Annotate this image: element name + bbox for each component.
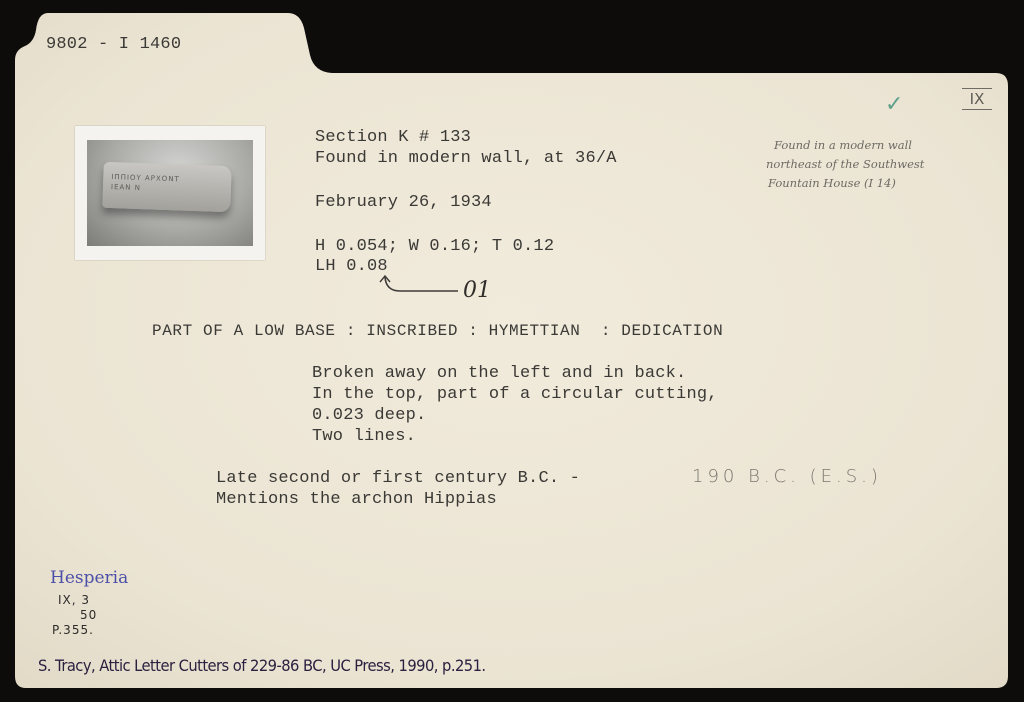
hesperia-stamp: Hesperia [50, 568, 128, 588]
hesperia-page: P.355. [52, 623, 94, 637]
photo-image-area: ΙΠΠΙΟΥ ΑΡΧΟΝΤ ΙΕΑΝ Ν [87, 140, 253, 246]
catalog-number: 9802 - I 1460 [46, 34, 181, 55]
findspot-label: Found in modern wall, at 36/A [315, 148, 617, 169]
note-line-3: Fountain House (I 14) [768, 176, 896, 190]
lh-correction: 01 [463, 278, 491, 303]
description-line-1: Broken away on the left and in back. [312, 363, 686, 384]
note-line-2: northeast of the Southwest [766, 157, 924, 171]
inscription-line-2: ΙΕΑΝ Ν [111, 183, 141, 192]
dating-line-2: Mentions the archon Hippias [216, 489, 497, 510]
note-line-1: Found in a modern wall [774, 138, 912, 152]
hesperia-number: 50 [80, 608, 97, 622]
description-line-4: Two lines. [312, 426, 416, 447]
roman-numeral-box: IX [962, 88, 992, 110]
date-correction: 190 B.C. (E.S.) [692, 466, 882, 487]
dimensions: H 0.054; W 0.16; T 0.12 [315, 236, 554, 257]
dating-line-1: Late second or first century B.C. - [216, 468, 580, 489]
index-card-shape [0, 0, 1024, 702]
hesperia-reference: IX, 3 50 P.355. [52, 593, 97, 638]
description-line-2: In the top, part of a circular cutting, [312, 384, 718, 405]
handwritten-findspot-note: Found in a modern wall northeast of the … [774, 136, 924, 193]
find-date: February 26, 1934 [315, 192, 492, 213]
scanned-card-stage: 9802 - I 1460 ΙΠΠΙΟΥ ΑΡΧΟΝΤ ΙΕΑΝ Ν Secti… [0, 0, 1024, 702]
section-label: Section K # 133 [315, 127, 471, 148]
check-icon: ✓ [885, 92, 903, 117]
hesperia-volume: IX, 3 [58, 593, 90, 607]
tracy-citation: S. Tracy, Attic Letter Cutters of 229-86… [38, 656, 486, 675]
description-line-3: 0.023 deep. [312, 405, 426, 426]
artifact-photo: ΙΠΠΙΟΥ ΑΡΧΟΝΤ ΙΕΑΝ Ν [75, 126, 265, 260]
inscribed-stone: ΙΠΠΙΟΥ ΑΡΧΟΝΤ ΙΕΑΝ Ν [102, 162, 232, 212]
letter-height: LH 0.08 [315, 256, 388, 277]
classification-line: PART OF A LOW BASE : INSCRIBED : HYMETTI… [152, 321, 723, 342]
inscription-line-1: ΙΠΠΙΟΥ ΑΡΧΟΝΤ [111, 173, 180, 183]
